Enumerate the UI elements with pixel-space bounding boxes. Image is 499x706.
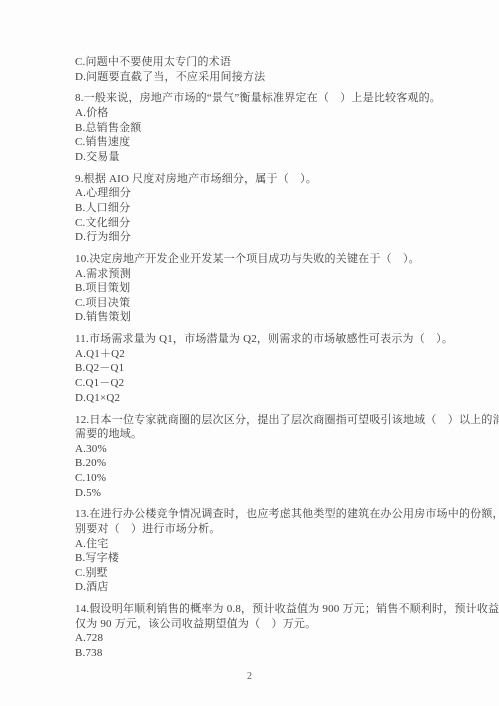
question-stem: 11.市场需求量为 Q1，市场潜量为 Q2，则需求的市场敏感性可表示为（ ）。 <box>75 332 455 347</box>
option-d: D.销售策划 <box>75 310 455 325</box>
question-stem: 8.一般来说，房地产市场的“景气”衡量标准界定在（ ）上是比较客观的。 <box>75 91 455 106</box>
document-page: C.问题中不要使用太专门的术语 D.问题要直截了当，不应采用间接方法 8.一般来… <box>0 0 499 706</box>
option-c: C.项目决策 <box>75 296 455 311</box>
question-stem: 9.根据 AIO 尺度对房地产市场细分，属于（ ）。 <box>75 172 455 187</box>
option-d: D.酒店 <box>75 580 455 595</box>
option-b: B.20% <box>75 456 455 471</box>
option-b: B.人口细分 <box>75 201 455 216</box>
page-number: 2 <box>0 670 499 685</box>
question-stem: 14.假设明年顺利销售的概率为 0.8，预计收益值为 900 万元；销售不顺利时… <box>75 602 455 617</box>
previous-question-options: C.问题中不要使用太专门的术语 D.问题要直截了当，不应采用间接方法 <box>75 55 455 84</box>
question-10: 10.决定房地产开发企业开发某一个项目成功与失败的关键在于（ ）。 A.需求预测… <box>75 252 455 325</box>
option-a: A.30% <box>75 442 455 457</box>
option-c: C.销售速度 <box>75 135 455 150</box>
option-a: A.住宅 <box>75 537 455 552</box>
option-d: D.问题要直截了当，不应采用间接方法 <box>75 70 455 85</box>
question-14: 14.假设明年顺利销售的概率为 0.8，预计收益值为 900 万元；销售不顺利时… <box>75 602 455 660</box>
question-8: 8.一般来说，房地产市场的“景气”衡量标准界定在（ ）上是比较客观的。 A.价格… <box>75 91 455 164</box>
option-a: A.需求预测 <box>75 267 455 282</box>
question-stem: 13.在进行办公楼竞争情况调查时，也应考虑其他类型的建筑在办公用房市场中的份额，… <box>75 507 455 522</box>
question-stem-wrap: 别要对（ ）进行市场分析。 <box>75 522 455 537</box>
option-b: B.Q2－Q1 <box>75 361 455 376</box>
option-c: C.问题中不要使用太专门的术语 <box>75 55 455 70</box>
option-a: A.728 <box>75 631 455 646</box>
option-c: C.Q1－Q2 <box>75 376 455 391</box>
option-a: A.心理细分 <box>75 186 455 201</box>
option-d: D.行为细分 <box>75 230 455 245</box>
option-d: D.5% <box>75 486 455 501</box>
question-stem-wrap: 仅为 90 万元，该公司收益期望值为（ ）万元。 <box>75 617 455 632</box>
option-b: B.项目策划 <box>75 281 455 296</box>
option-a: A.Q1＋Q2 <box>75 347 455 362</box>
option-c: C.别墅 <box>75 566 455 581</box>
option-a: A.价格 <box>75 106 455 121</box>
option-b: B.738 <box>75 646 455 661</box>
option-d: D.Q1×Q2 <box>75 391 455 406</box>
question-stem-wrap: 需要的地域。 <box>75 427 455 442</box>
option-b: B.总销售金额 <box>75 121 455 136</box>
option-c: C.文化细分 <box>75 216 455 231</box>
question-11: 11.市场需求量为 Q1，市场潜量为 Q2，则需求的市场敏感性可表示为（ ）。 … <box>75 332 455 405</box>
option-b: B.写字楼 <box>75 551 455 566</box>
question-13: 13.在进行办公楼竞争情况调查时，也应考虑其他类型的建筑在办公用房市场中的份额，… <box>75 507 455 595</box>
question-stem: 10.决定房地产开发企业开发某一个项目成功与失败的关键在于（ ）。 <box>75 252 455 267</box>
option-d: D.交易量 <box>75 150 455 165</box>
question-12: 12.日本一位专家就商圈的层次区分，提出了层次商圈指可望吸引该地域（ ）以上的消… <box>75 413 455 501</box>
question-9: 9.根据 AIO 尺度对房地产市场细分，属于（ ）。 A.心理细分 B.人口细分… <box>75 172 455 245</box>
option-c: C.10% <box>75 471 455 486</box>
question-stem: 12.日本一位专家就商圈的层次区分，提出了层次商圈指可望吸引该地域（ ）以上的消… <box>75 413 455 428</box>
